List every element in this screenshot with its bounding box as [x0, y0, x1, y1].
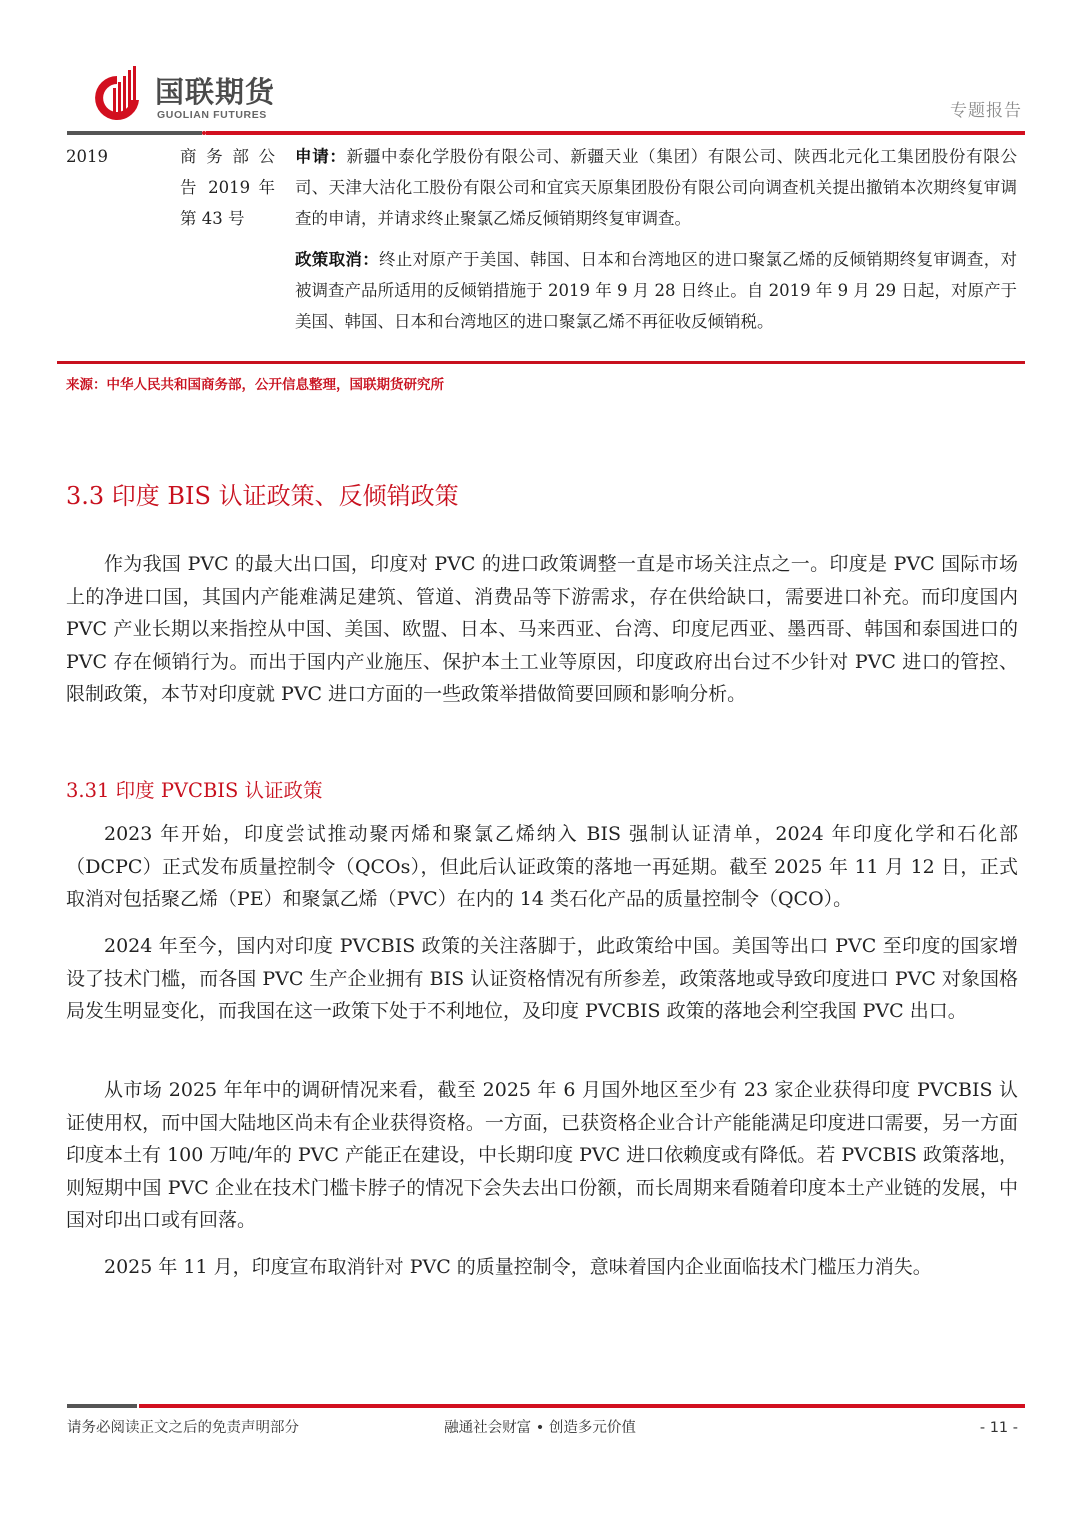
body-paragraph: 2023 年开始，印度尝试推动聚丙烯和聚氯乙烯纳入 BIS 强制认证清单，202… [66, 818, 1018, 916]
policy-cancel-label: 政策取消： [295, 250, 379, 269]
table-bottom-border [57, 361, 1025, 364]
body-paragraph: 2024 年至今，国内对印度 PVCBIS 政策的关注落脚于，此政策给中国。美国… [66, 930, 1018, 1028]
footer-divider-red [139, 1404, 1025, 1408]
subsection-heading: 3.31 印度 PVCBIS 认证政策 [66, 776, 323, 806]
brand-name-cn: 国联期货 [155, 78, 275, 107]
table-source-note: 来源：中华人民共和国商务部，公开信息整理，国联期货研究所 [66, 375, 444, 395]
table-cell-year: 2019 [66, 141, 108, 172]
policy-cancel-item: 政策取消：终止对原产于美国、韩国、日本和台湾地区的进口聚氯乙烯的反倾销期终复审调… [295, 244, 1017, 337]
guolian-logo-icon [95, 66, 143, 122]
table-cell-content: 申请：新疆中泰化学股份有限公司、新疆天业（集团）有限公司、陕西北元化工集团股份有… [295, 141, 1017, 347]
document-line: 告 2019 年 [180, 172, 275, 203]
footer-divider-gray [67, 1404, 137, 1408]
header-divider-red [206, 131, 1025, 135]
document-line: 商 务 部 公 [180, 141, 275, 172]
body-paragraph: 从市场 2025 年年中的调研情况来看，截至 2025 年 6 月国外地区至少有… [66, 1074, 1018, 1237]
section-heading: 3.3 印度 BIS 认证政策、反倾销政策 [66, 478, 459, 514]
header-divider-gray [67, 131, 202, 135]
report-type-label: 专题报告 [950, 103, 1022, 120]
application-item: 申请：新疆中泰化学股份有限公司、新疆天业（集团）有限公司、陕西北元化工集团股份有… [295, 141, 1017, 234]
application-label: 申请： [295, 147, 347, 166]
document-line: 第 43 号 [180, 203, 275, 234]
footer-slogan: 融通社会财富 • 创造多元价值 [0, 1418, 1080, 1438]
policy-cancel-text: 终止对原产于美国、韩国、日本和台湾地区的进口聚氯乙烯的反倾销期终复审调查，对被调… [295, 250, 1017, 331]
table-cell-document: 商 务 部 公 告 2019 年 第 43 号 [180, 141, 275, 234]
body-paragraph: 2025 年 11 月，印度宣布取消针对 PVC 的质量控制令，意味着国内企业面… [66, 1251, 1018, 1284]
brand-name-en: GUOLIAN FUTURES [157, 110, 267, 121]
application-text: 新疆中泰化学股份有限公司、新疆天业（集团）有限公司、陕西北元化工集团股份有限公司… [295, 147, 1017, 228]
section-intro-paragraph: 作为我国 PVC 的最大出口国，印度对 PVC 的进口政策调整一直是市场关注点之… [66, 548, 1018, 711]
page-number: - 11 - [980, 1418, 1018, 1438]
